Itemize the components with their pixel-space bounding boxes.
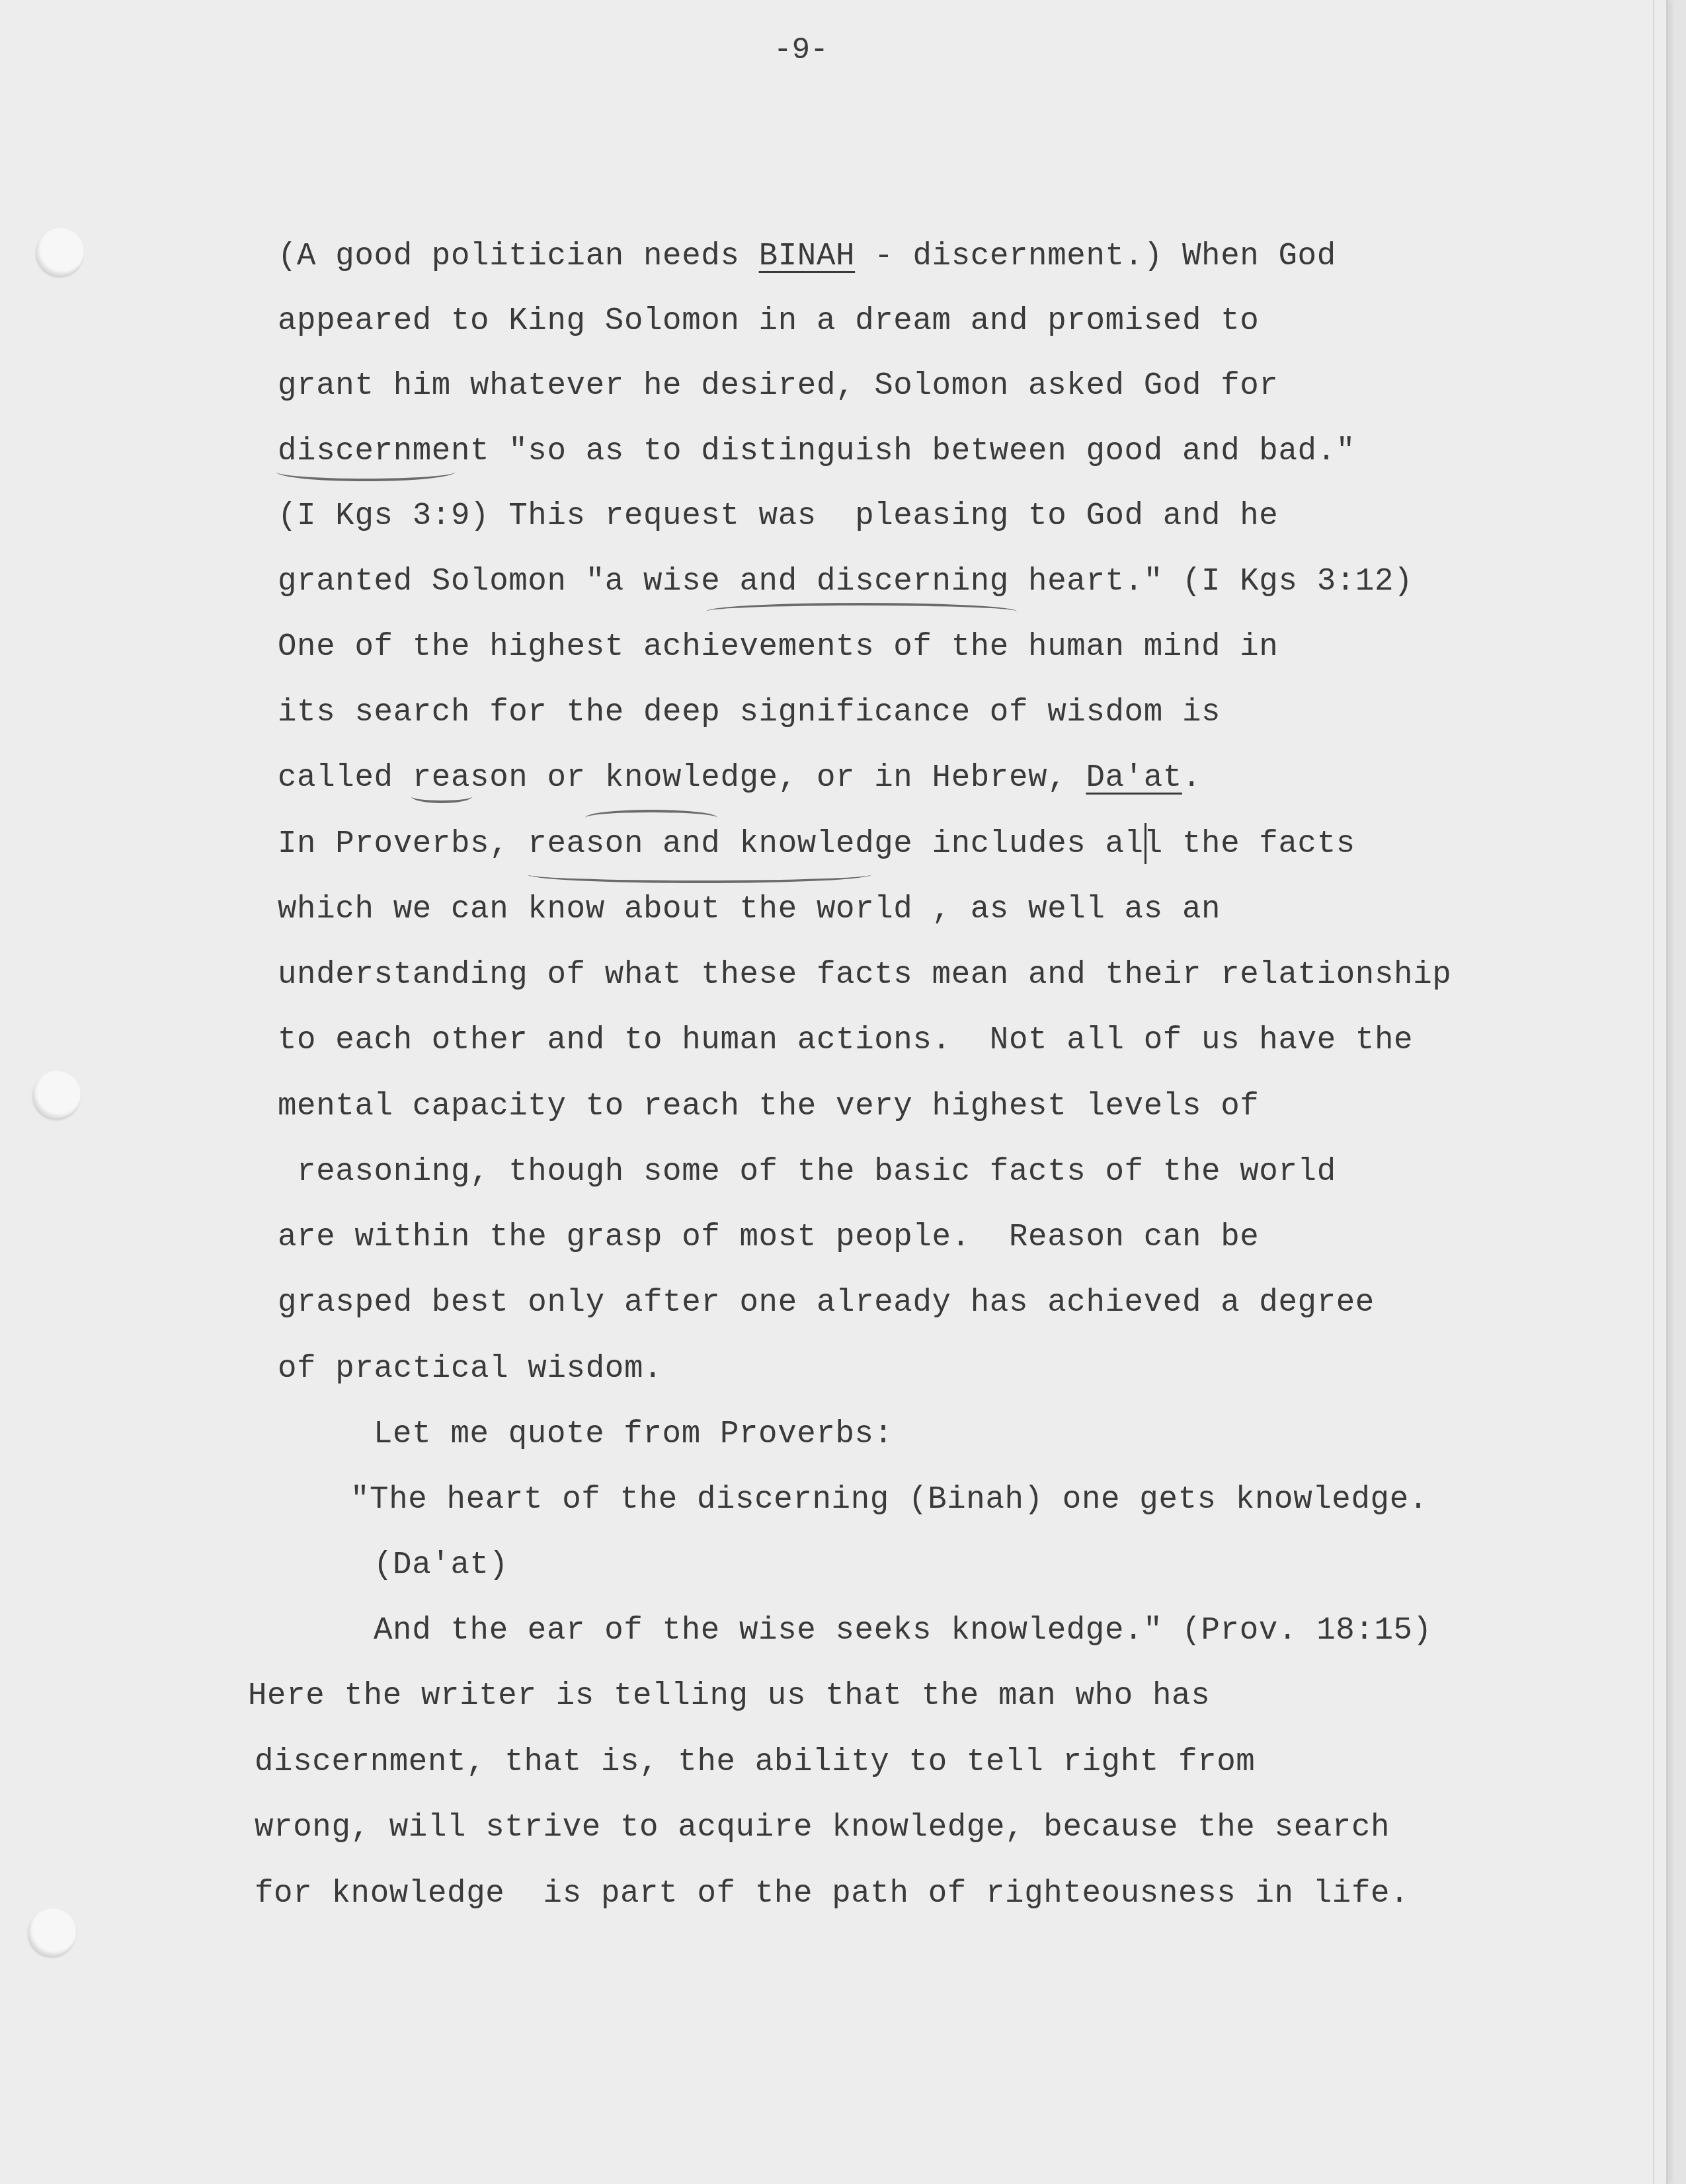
pen-underline-reason [411, 790, 472, 803]
quote-line-2: (Da'at) [374, 1550, 508, 1582]
body-line-14: mental capacity to reach the very highes… [278, 1091, 1259, 1123]
punch-hole-bottom [28, 1908, 76, 1956]
pen-underline-wise-discerning [706, 603, 1017, 620]
body-line-1: (A good politician needs BINAH - discern… [278, 241, 1336, 273]
closing-line-2: discernment, that is, the ability to tel… [255, 1747, 1255, 1779]
body-line-13: to each other and to human actions. Not … [278, 1025, 1413, 1057]
body-line-12: understanding of what these facts mean a… [278, 960, 1451, 992]
typed-page: -9- (A good politician needs BINAH - dis… [0, 0, 1668, 2184]
paper-edge [1653, 0, 1654, 2184]
page-number: -9- [774, 33, 828, 67]
closing-line-3: wrong, will strive to acquire knowledge,… [255, 1813, 1390, 1844]
underlined-term-daat: Da'at [1086, 760, 1182, 796]
body-line-15: reasoning, though some of the basic fact… [278, 1157, 1336, 1189]
quote-line-3: And the ear of the wise seeks knowledge.… [374, 1616, 1432, 1647]
text-segment: called reason or knowledge, or in Hebrew… [278, 760, 1086, 796]
pen-correction-mark [1144, 823, 1146, 864]
body-line-16: are within the grasp of most people. Rea… [278, 1222, 1259, 1254]
punch-hole-middle [33, 1071, 81, 1118]
quote-intro: Let me quote from Proverbs: [374, 1419, 893, 1451]
body-line-7: One of the highest achievements of the h… [278, 632, 1278, 664]
pen-underline-discernment [276, 463, 455, 481]
pen-underline-knowledge [585, 810, 717, 826]
body-line-6: granted Solomon "a wise and discerning h… [278, 566, 1413, 598]
body-line-5: (I Kgs 3:9) This request was pleasing to… [278, 501, 1278, 533]
closing-line-1: Here the writer is telling us that the m… [248, 1681, 1210, 1713]
body-line-2: appeared to King Solomon in a dream and … [278, 306, 1259, 338]
body-line-3: grant him whatever he desired, Solomon a… [278, 371, 1278, 403]
underlined-term-binah: BINAH [759, 239, 856, 274]
quote-line-1: "The heart of the discerning (Binah) one… [350, 1485, 1428, 1516]
body-line-10: In Proverbs, reason and knowledge includ… [278, 829, 1355, 861]
punch-hole-top [36, 228, 84, 276]
closing-line-4: for knowledge is part of the path of rig… [255, 1879, 1409, 1910]
body-line-11: which we can know about the world , as w… [278, 894, 1221, 926]
text-segment: (A good politician needs [278, 239, 759, 274]
body-line-9: called reason or knowledge, or in Hebrew… [278, 763, 1201, 795]
text-segment: . [1182, 760, 1201, 796]
body-line-4: discernment "so as to distinguish betwee… [278, 436, 1355, 468]
text-segment: - discernment.) When God [855, 239, 1336, 274]
body-line-17: grasped best only after one already has … [278, 1288, 1375, 1319]
pen-underline-reason-and-knowledge [528, 866, 871, 883]
body-line-18: of practical wisdom. [278, 1354, 662, 1385]
body-line-8: its search for the deep significance of … [278, 697, 1221, 729]
